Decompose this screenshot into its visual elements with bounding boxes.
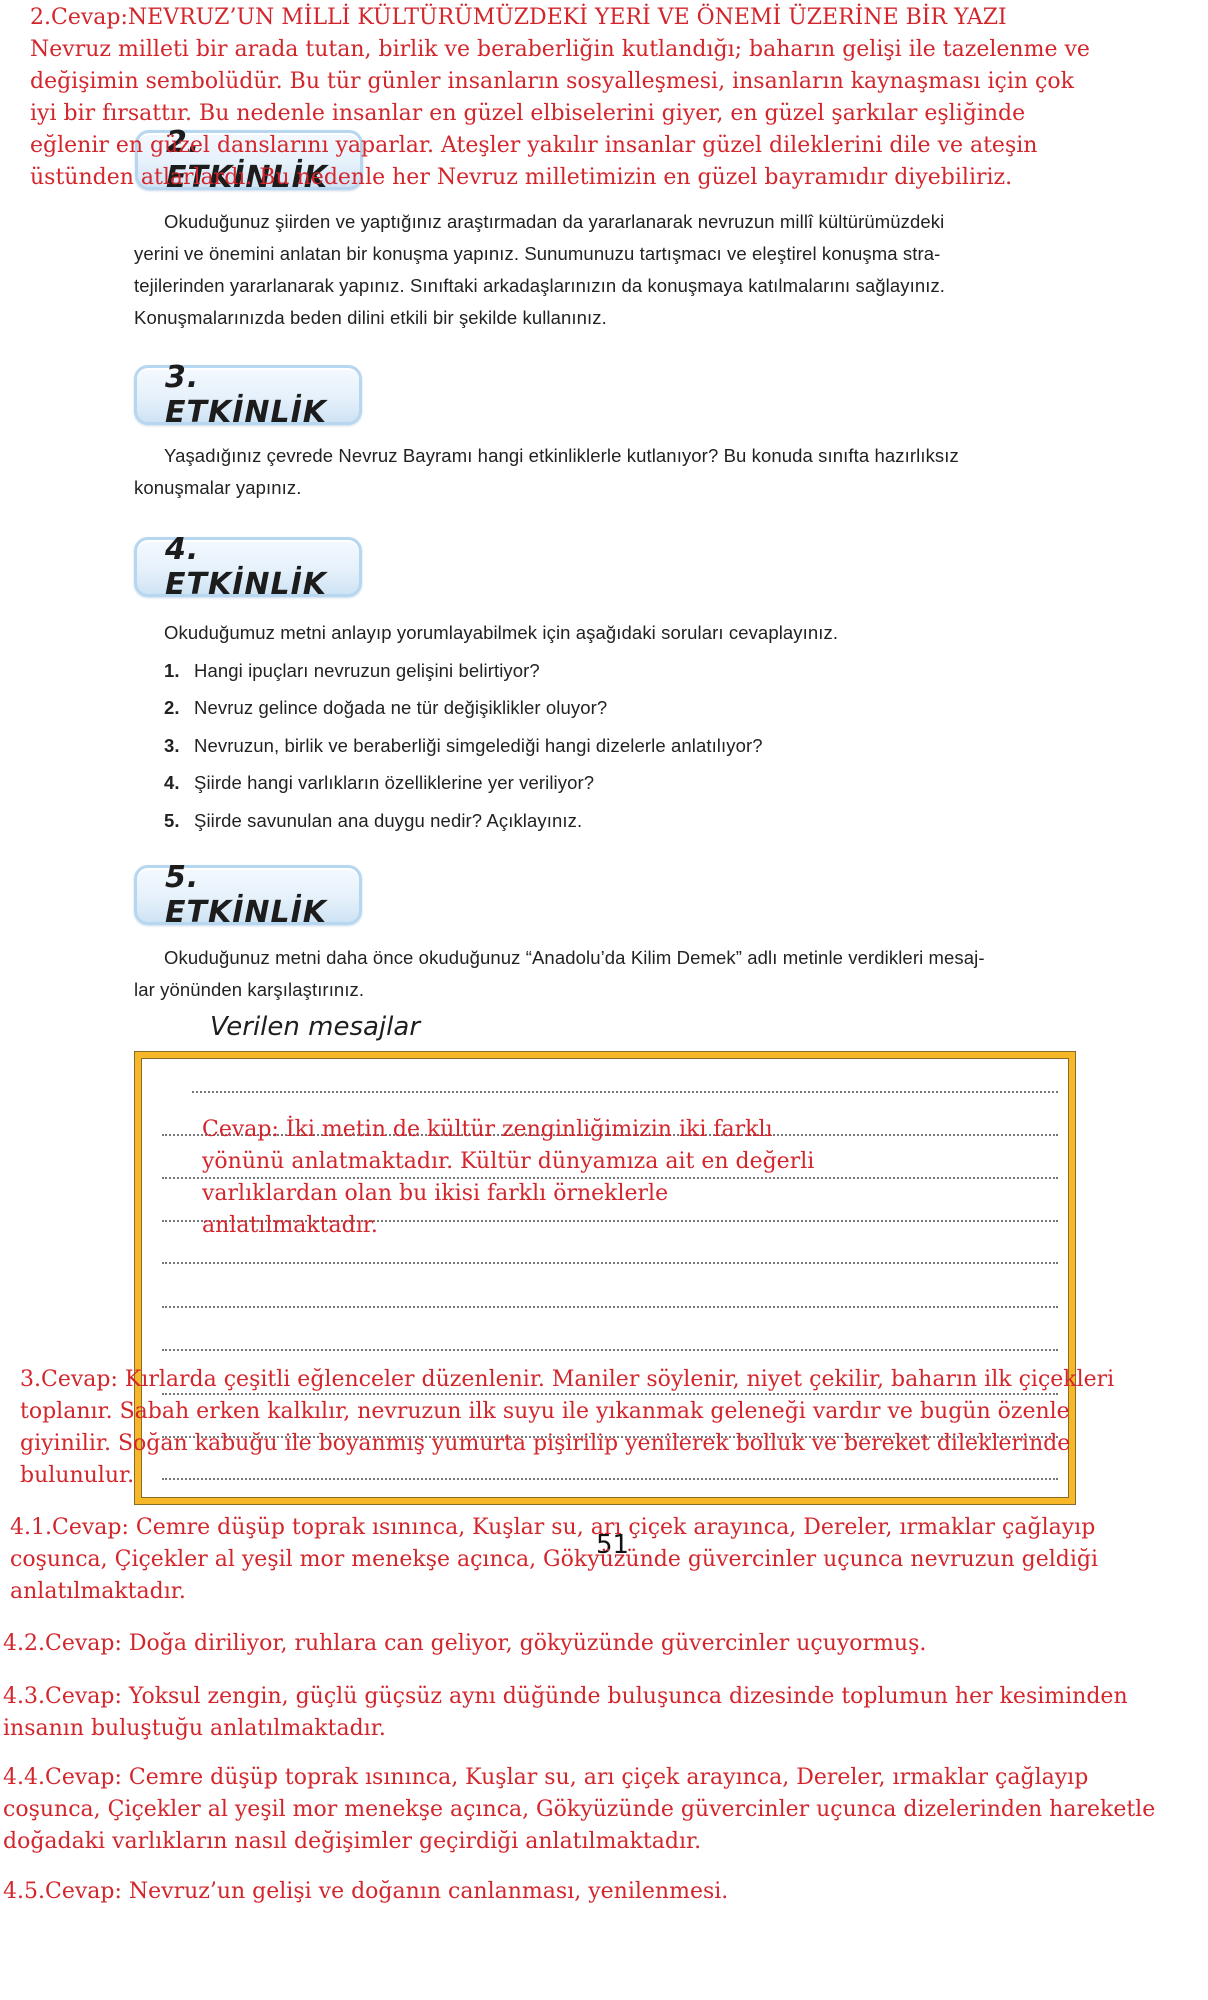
answer-4-3-line: insanın buluştuğu anlatılmaktadır. — [3, 1713, 1128, 1745]
answer-4-1: 4.1.Cevap: Cemre düşüp toprak ısınınca, … — [10, 1512, 1098, 1608]
activity-3-badge: 3. ETKİNLİK — [134, 365, 362, 425]
activity-5-line: lar yönünden karşılaştırınız. — [134, 974, 985, 1006]
answer-2-line: iyi bir fırsattır. Bu nedenle insanlar e… — [30, 98, 1090, 130]
activity-5-title: 5. ETKİNLİK — [165, 860, 359, 930]
activity-2-line: Okuduğunuz şiirden ve yaptığınız araştır… — [134, 206, 945, 238]
question-text: Nevruzun, birlik ve beraberliği simgeled… — [194, 735, 763, 756]
question-number: 2. — [164, 689, 194, 727]
answer-4-2: 4.2.Cevap: Doğa diriliyor, ruhlara can g… — [3, 1628, 926, 1660]
answer-2-line: değişimin sembolüdür. Bu tür günler insa… — [30, 66, 1090, 98]
question-item: 1.Hangi ipuçları nevruzun gelişini belir… — [164, 652, 838, 690]
answer-4-4-line: doğadaki varlıkların nasıl değişimler ge… — [3, 1826, 1155, 1858]
activity-2-instructions: Okuduğunuz şiirden ve yaptığınız araştır… — [134, 206, 945, 334]
activity-4-intro: Okuduğumuz metni anlayıp yorumlayabilmek… — [164, 614, 838, 652]
messages-box-title: Verilen mesajlar — [210, 1012, 420, 1042]
answer-2: 2.Cevap:NEVRUZ’UN MİLLİ KÜLTÜRÜMÜZDEKİ Y… — [30, 2, 1090, 194]
answer-2-line: Nevruz milleti bir arada tutan, birlik v… — [30, 34, 1090, 66]
answer-4-5-line: 4.5.Cevap: Nevruz’un gelişi ve doğanın c… — [3, 1876, 728, 1908]
activity-2-line: yerini ve önemini anlatan bir konuşma ya… — [134, 238, 945, 270]
activity-5-answer-line: Cevap: İki metin de kültür zenginliğimiz… — [202, 1114, 814, 1146]
activity-5-answer-line: varlıklardan olan bu ikisi farklı örnekl… — [202, 1178, 814, 1210]
answer-3-line: 3.Cevap: Kırlarda çeşitli eğlenceler düz… — [20, 1364, 1114, 1396]
question-number: 1. — [164, 652, 194, 690]
answer-4-5: 4.5.Cevap: Nevruz’un gelişi ve doğanın c… — [3, 1876, 728, 1908]
answer-3-line: toplanır. Sabah erken kalkılır, nevruzun… — [20, 1396, 1114, 1428]
activity-3-line: Yaşadığınız çevrede Nevruz Bayramı hangi… — [134, 440, 959, 472]
question-number: 4. — [164, 764, 194, 802]
question-number: 3. — [164, 727, 194, 765]
activity-2-line: Konuşmalarınızda beden dilini etkili bir… — [134, 302, 945, 334]
question-item: 5.Şiirde savunulan ana duygu nedir? Açık… — [164, 802, 838, 840]
answer-4-1-line: coşunca, Çiçekler al yeşil mor menekşe a… — [10, 1544, 1098, 1576]
question-number: 5. — [164, 802, 194, 840]
answer-2-line: üstünden atlarlardı. Bu nedenle her Nevr… — [30, 162, 1090, 194]
activity-5-instructions: Okuduğunuz metni daha önce okuduğunuz “A… — [134, 942, 985, 1006]
question-item: 2.Nevruz gelince doğada ne tür değişikli… — [164, 689, 838, 727]
question-text: Nevruz gelince doğada ne tür değişiklikl… — [194, 697, 607, 718]
answer-3: 3.Cevap: Kırlarda çeşitli eğlenceler düz… — [20, 1364, 1114, 1492]
activity-4-badge: 4. ETKİNLİK — [134, 537, 362, 597]
answer-4-4: 4.4.Cevap: Cemre düşüp toprak ısınınca, … — [3, 1762, 1155, 1858]
activity-3-line: konuşmalar yapınız. — [134, 472, 959, 504]
writing-line — [162, 1349, 1058, 1351]
answer-3-line: giyinilir. Soğan kabuğu ile boyanmış yum… — [20, 1428, 1114, 1460]
question-text: Hangi ipuçları nevruzun gelişini belirti… — [194, 660, 540, 681]
writing-line — [192, 1091, 1058, 1093]
activity-3-instructions: Yaşadığınız çevrede Nevruz Bayramı hangi… — [134, 440, 959, 504]
answer-3-line: bulunulur. — [20, 1460, 1114, 1492]
answer-4-4-line: coşunca, Çiçekler al yeşil mor menekşe a… — [3, 1794, 1155, 1826]
activity-3-title: 3. ETKİNLİK — [165, 360, 359, 430]
activity-5-answer: Cevap: İki metin de kültür zenginliğimiz… — [202, 1114, 814, 1242]
answer-4-1-line: anlatılmaktadır. — [10, 1576, 1098, 1608]
answer-4-3: 4.3.Cevap: Yoksul zengin, güçlü güçsüz a… — [3, 1681, 1128, 1745]
answer-2-title: 2.Cevap:NEVRUZ’UN MİLLİ KÜLTÜRÜMÜZDEKİ Y… — [30, 2, 1090, 34]
activity-2-line: tejilerinden yararlanarak yapınız. Sınıf… — [134, 270, 945, 302]
activity-4-title: 4. ETKİNLİK — [165, 532, 359, 602]
activity-5-line: Okuduğunuz metni daha önce okuduğunuz “A… — [134, 942, 985, 974]
answer-4-2-line: 4.2.Cevap: Doğa diriliyor, ruhlara can g… — [3, 1628, 926, 1660]
question-text: Şiirde hangi varlıkların özelliklerine y… — [194, 772, 594, 793]
activity-5-answer-line: yönünü anlatmaktadır. Kültür dünyamıza a… — [202, 1146, 814, 1178]
writing-line — [162, 1262, 1058, 1264]
question-text: Şiirde savunulan ana duygu nedir? Açıkla… — [194, 810, 582, 831]
answer-2-line: eğlenir en güzel danslarını yaparlar. At… — [30, 130, 1090, 162]
question-item: 4.Şiirde hangi varlıkların özelliklerine… — [164, 764, 838, 802]
answer-4-3-line: 4.3.Cevap: Yoksul zengin, güçlü güçsüz a… — [3, 1681, 1128, 1713]
activity-5-answer-line: anlatılmaktadır. — [202, 1210, 814, 1242]
writing-line — [162, 1306, 1058, 1308]
activity-4-questions: Okuduğumuz metni anlayıp yorumlayabilmek… — [164, 614, 838, 839]
question-item: 3.Nevruzun, birlik ve beraberliği simgel… — [164, 727, 838, 765]
answer-4-1-line: 4.1.Cevap: Cemre düşüp toprak ısınınca, … — [10, 1512, 1098, 1544]
activity-5-badge: 5. ETKİNLİK — [134, 865, 362, 925]
answer-4-4-line: 4.4.Cevap: Cemre düşüp toprak ısınınca, … — [3, 1762, 1155, 1794]
